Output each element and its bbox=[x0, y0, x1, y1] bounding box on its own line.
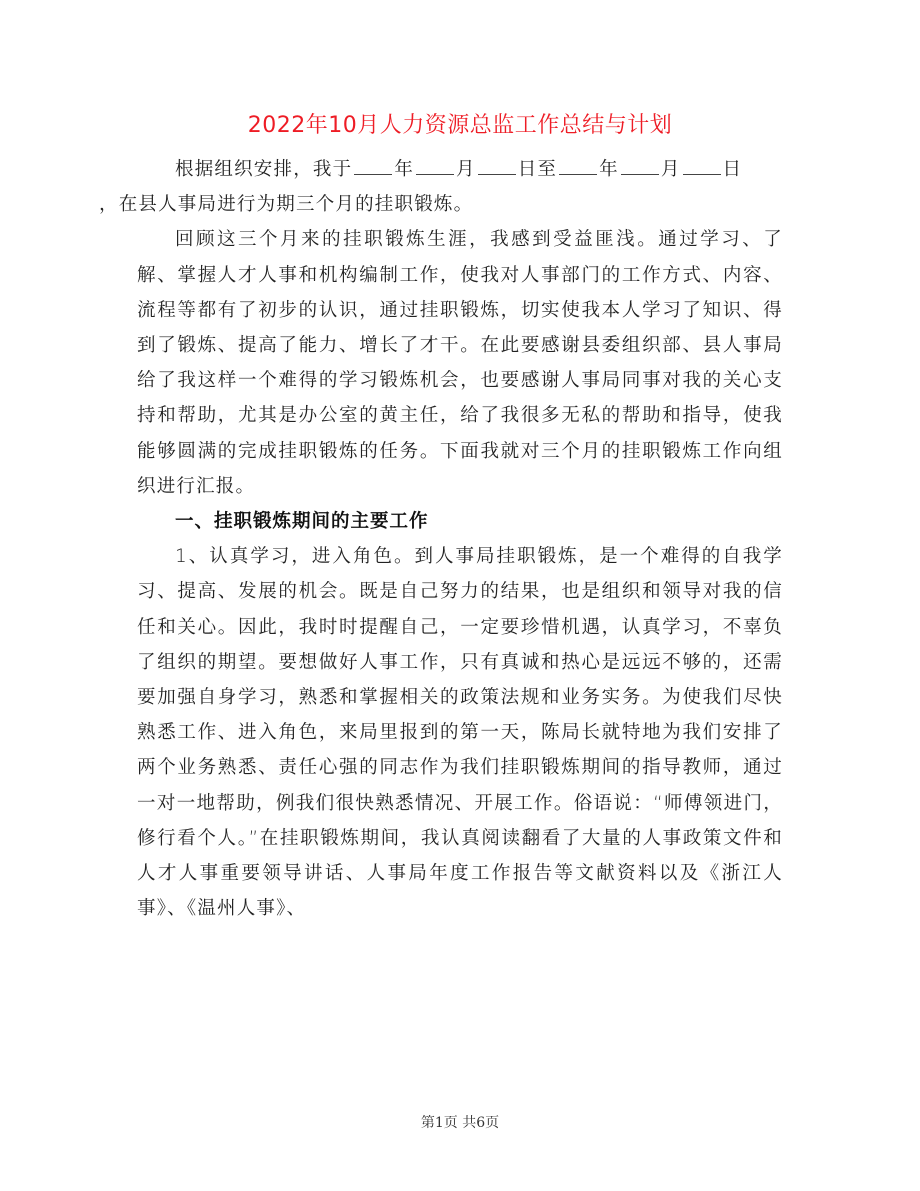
page-footer: 第1页 共6页 bbox=[0, 1112, 920, 1132]
blank-field-end-month bbox=[621, 156, 659, 175]
intro-text-1: 根据组织安排，我于 bbox=[175, 159, 352, 180]
intro-day-to-label: 日至 bbox=[518, 159, 557, 180]
document-page: 2022年10月人力资源总监工作总结与计划 根据组织安排，我于年月日至年月日，在… bbox=[0, 0, 920, 1191]
review-paragraph: 回顾这三个月来的挂职锻炼生涯，我感到受益匪浅。通过学习、了解、掌握人才人事和机构… bbox=[137, 222, 783, 504]
intro-continuation: ，在县人事局进行为期三个月的挂职锻炼。 bbox=[99, 194, 473, 215]
intro-paragraph: 根据组织安排，我于年月日至年月日，在县人事局进行为期三个月的挂职锻炼。 bbox=[137, 152, 783, 222]
document-body: 根据组织安排，我于年月日至年月日，在县人事局进行为期三个月的挂职锻炼。 回顾这三… bbox=[137, 152, 783, 926]
blank-field-end-day bbox=[683, 156, 721, 175]
blank-field-end-year bbox=[559, 156, 597, 175]
intro-end-day-label: 日 bbox=[723, 159, 743, 180]
intro-year-label: 年 bbox=[394, 159, 414, 180]
section-heading: 一、挂职锻炼期间的主要工作 bbox=[137, 504, 783, 539]
intro-end-month-label: 月 bbox=[661, 159, 681, 180]
intro-month-label: 月 bbox=[456, 159, 476, 180]
blank-field-start-month bbox=[416, 156, 454, 175]
study-paragraph: 1、认真学习，进入角色。到人事局挂职锻炼，是一个难得的自我学习、提高、发展的机会… bbox=[137, 539, 783, 926]
document-title: 2022年10月人力资源总监工作总结与计划 bbox=[0, 108, 920, 144]
blank-field-start-year bbox=[354, 156, 392, 175]
intro-end-year-label: 年 bbox=[599, 159, 619, 180]
blank-field-start-day bbox=[478, 156, 516, 175]
